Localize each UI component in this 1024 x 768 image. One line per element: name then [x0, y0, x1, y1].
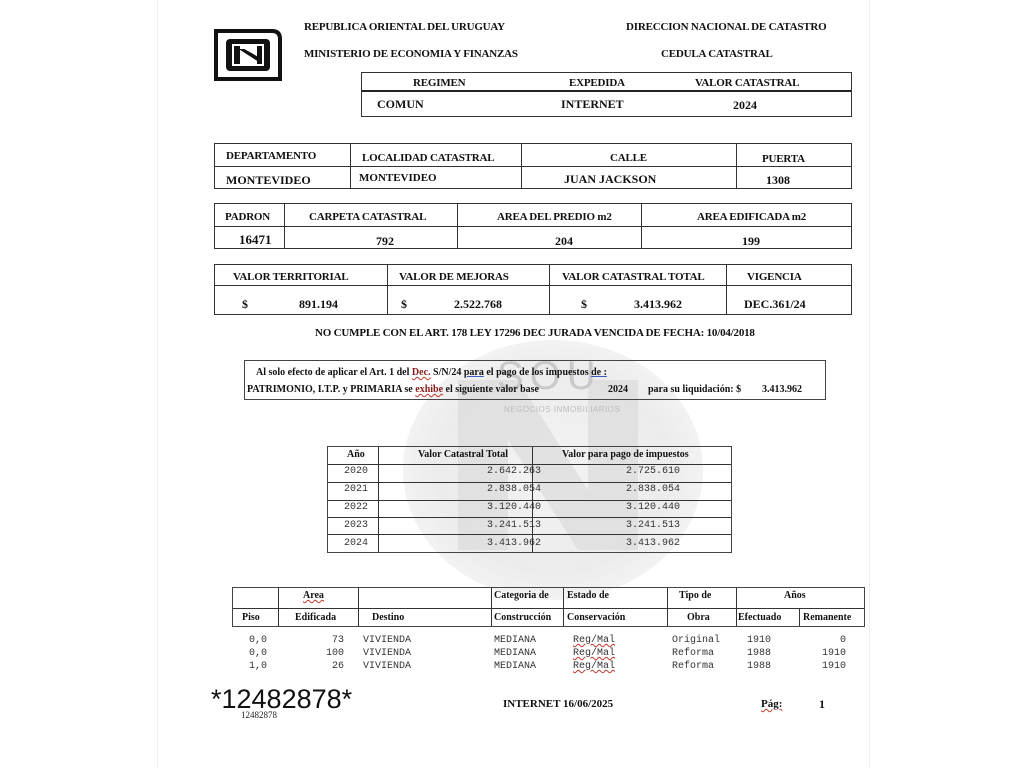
tax-text: para — [464, 367, 484, 378]
area-predio-value: 204 — [555, 234, 573, 249]
tax-text: Al solo efecto de aplicar el Art. 1 del — [256, 367, 412, 378]
history-tax-value: 3.120.440 — [626, 502, 680, 513]
destino-value: VIVIENDA — [363, 661, 411, 672]
history-header-year: Año — [347, 449, 365, 460]
area-text: Area — [303, 590, 324, 601]
col-conservacion: Conservación — [567, 612, 625, 623]
history-year: 2024 — [344, 538, 368, 549]
categoria-value: MEDIANA — [494, 648, 536, 659]
tax-text: de : — [591, 367, 607, 378]
area-value: 100 — [304, 648, 344, 659]
departamento-label: DEPARTAMENTO — [226, 150, 316, 162]
tax-base-value: 3.413.962 — [762, 384, 802, 395]
carpeta-label: CARPETA CATASTRAL — [309, 211, 426, 223]
estado-value-text: Reg/Mal — [573, 661, 615, 672]
col-anios-label: Años — [784, 590, 806, 601]
currency-symbol: $ — [401, 297, 407, 312]
col-remanente: Remanente — [803, 612, 851, 623]
destino-value: VIVIENDA — [363, 648, 411, 659]
col-efectuado: Efectuado — [738, 612, 781, 623]
vigencia-value: DEC.361/24 — [744, 297, 806, 312]
padron-label: PADRON — [225, 211, 270, 223]
estado-value-text: Reg/Mal — [573, 648, 615, 659]
document-title: CEDULA CATASTRAL — [661, 48, 773, 60]
valor-catastral-year: 2024 — [733, 98, 757, 113]
history-year: 2020 — [344, 466, 368, 477]
piso-value: 0,0 — [249, 635, 267, 646]
efectuado-value: 1988 — [747, 661, 771, 672]
ministry-title: MINISTERIO DE ECONOMIA Y FINANZAS — [304, 48, 518, 60]
history-tax-value: 3.241.513 — [626, 520, 680, 531]
puerta-value: 1308 — [766, 173, 790, 188]
expedida-value: INTERNET — [561, 97, 624, 112]
col-obra: Obra — [687, 612, 710, 623]
barcode-text: *12482878* — [211, 684, 352, 715]
currency-symbol: $ — [581, 297, 587, 312]
col-destino: Destino — [372, 612, 404, 623]
padron-value: 16471 — [239, 232, 272, 248]
vigencia-label: VIGENCIA — [747, 271, 802, 283]
history-year: 2023 — [344, 520, 368, 531]
estado-value: Reg/Mal — [573, 635, 615, 646]
valor-mejoras-value: 2.522.768 — [454, 297, 502, 312]
carpeta-value: 792 — [376, 234, 394, 249]
puerta-label: PUERTA — [762, 153, 805, 165]
piso-value: 0,0 — [249, 648, 267, 659]
area-value: 73 — [304, 635, 344, 646]
history-header-tax: Valor para pago de impuestos — [562, 449, 689, 460]
estado-value-text: Reg/Mal — [573, 635, 615, 646]
history-total-value: 3.413.962 — [487, 538, 541, 549]
col-piso: Piso — [242, 612, 260, 623]
estado-value: Reg/Mal — [573, 648, 615, 659]
watermark-tagline: NEGOCIOS INMOBILIARIOS — [504, 405, 620, 414]
area-edificada-label: AREA EDIFICADA m2 — [697, 211, 806, 223]
history-tax-value: 2.725.610 — [626, 466, 680, 477]
categoria-value: MEDIANA — [494, 635, 536, 646]
expedida-label: EXPEDIDA — [569, 77, 625, 89]
history-tax-value: 3.413.962 — [626, 538, 680, 549]
valor-mejoras-label: VALOR DE MEJORAS — [399, 271, 509, 283]
valor-total-label: VALOR CATASTRAL TOTAL — [562, 271, 705, 283]
area-predio-label: AREA DEL PREDIO m2 — [497, 211, 612, 223]
tax-base-label: para su liquidación: $ — [648, 384, 741, 395]
page-number: 1 — [819, 697, 825, 712]
tax-base-year: 2024 — [608, 384, 628, 395]
destino-value: VIVIENDA — [363, 635, 411, 646]
remanente-value: 1910 — [806, 648, 846, 659]
page-label: Pág: — [761, 698, 782, 710]
issued-date: INTERNET 16/06/2025 — [503, 698, 613, 710]
history-header-total: Valor Catastral Total — [418, 449, 508, 460]
tax-text: exhibe — [415, 384, 443, 395]
col-area-label: Area — [303, 590, 324, 601]
departamento-value: MONTEVIDEO — [226, 173, 311, 188]
history-table — [327, 446, 732, 553]
col-estado-label: Estado de — [567, 590, 609, 601]
estado-value: Reg/Mal — [573, 661, 615, 672]
efectuado-value: 1988 — [747, 648, 771, 659]
compliance-notice: NO CUMPLE CON EL ART. 178 LEY 17296 DEC … — [315, 327, 755, 339]
cedula-catastral-page: SOU NEGOCIOS INMOBILIARIOS REPUBLICA ORI… — [157, 0, 870, 768]
tax-text: el pago de los impuestos — [484, 367, 591, 378]
tax-text: S/N/24 — [431, 367, 464, 378]
tax-text: el siguiente valor base — [443, 384, 539, 395]
tax-text: Dec. — [412, 367, 431, 378]
categoria-value: MEDIANA — [494, 661, 536, 672]
valor-catastral-label: VALOR CATASTRAL — [695, 77, 799, 89]
obra-value: Original — [672, 635, 720, 646]
col-tipo-label: Tipo de — [679, 590, 711, 601]
history-year: 2021 — [344, 484, 368, 495]
valor-territorial-label: VALOR TERRITORIAL — [233, 271, 349, 283]
barcode-number: 12482878 — [241, 710, 277, 720]
regimen-value: COMUN — [377, 97, 424, 112]
area-edificada-value: 199 — [742, 234, 760, 249]
obra-value: Reforma — [672, 661, 714, 672]
obra-value: Reforma — [672, 648, 714, 659]
history-total-value: 3.241.513 — [487, 520, 541, 531]
history-tax-value: 2.838.054 — [626, 484, 680, 495]
piso-value: 1,0 — [249, 661, 267, 672]
tax-base-line-2: PATRIMONIO, I.T.P. y PRIMARIA se exhibe … — [247, 384, 539, 395]
agency-title: DIRECCION NACIONAL DE CATASTRO — [626, 21, 826, 33]
dnc-logo-icon — [214, 29, 282, 81]
country-title: REPUBLICA ORIENTAL DEL URUGUAY — [304, 21, 505, 33]
history-total-value: 2.838.054 — [487, 484, 541, 495]
remanente-value: 0 — [806, 635, 846, 646]
calle-label: CALLE — [610, 152, 647, 164]
col-construccion: Construcción — [494, 612, 551, 623]
calle-value: JUAN JACKSON — [564, 172, 656, 187]
page-label-text: Pág: — [761, 698, 782, 710]
regimen-label: REGIMEN — [413, 77, 465, 89]
tax-text: PATRIMONIO, I.T.P. y PRIMARIA se — [247, 384, 415, 395]
localidad-label: LOCALIDAD CATASTRAL — [362, 152, 494, 164]
efectuado-value: 1910 — [747, 635, 771, 646]
history-total-value: 3.120.440 — [487, 502, 541, 513]
valor-territorial-value: 891.194 — [299, 297, 338, 312]
col-edificada: Edificada — [295, 612, 336, 623]
localidad-value: MONTEVIDEO — [359, 172, 437, 184]
history-year: 2022 — [344, 502, 368, 513]
history-total-value: 2.642.263 — [487, 466, 541, 477]
remanente-value: 1910 — [806, 661, 846, 672]
currency-symbol: $ — [242, 297, 248, 312]
tax-base-line-1: Al solo efecto de aplicar el Art. 1 del … — [256, 367, 607, 378]
valor-total-value: 3.413.962 — [634, 297, 682, 312]
area-value: 26 — [304, 661, 344, 672]
col-categoria-label: Categoria de — [494, 590, 549, 601]
